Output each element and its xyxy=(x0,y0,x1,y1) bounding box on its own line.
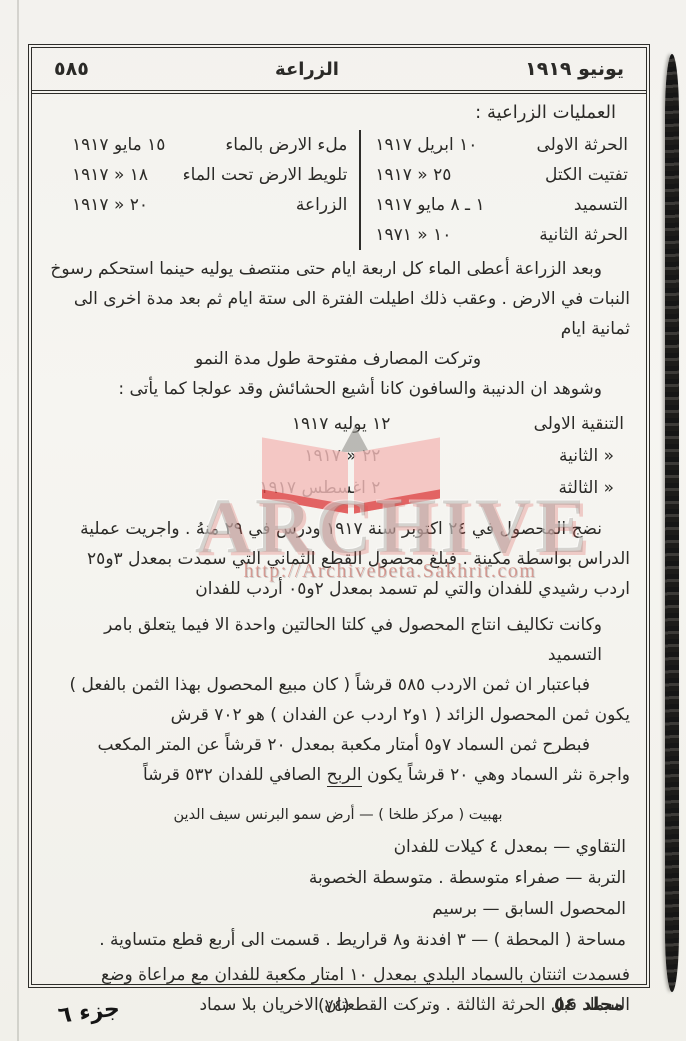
irrigation-paragraph: وبعد الزراعة أعطى الماء كل اربعة ايام حت… xyxy=(46,254,630,374)
operation-cell: تفتيت الكتل ٢٥ « ١٩١٧ xyxy=(361,160,630,190)
operation-cell: ملء الارض بالماء ١٥ مايو ١٩١٧ xyxy=(46,130,361,160)
harvest-paragraph: نضج المحصول في ٢٤ اكتوبر سنة ١٩١٧ ودرس ف… xyxy=(46,514,630,604)
paragraph-line: يكون ثمن المحصول الزائد ( ١و٢ اردب عن ال… xyxy=(46,700,630,730)
table-row: الحرثة الاولى ١٠ ابريل ١٩١٧ ملء الارض با… xyxy=(46,130,630,160)
issue-date: يونيو ١٩١٩ xyxy=(525,58,624,80)
spec-line: التقاوي — بمعدل ٤ كيلات للفدان xyxy=(46,832,630,863)
table-row: تفتيت الكتل ٢٥ « ١٩١٧ تلويط الارض تحت ال… xyxy=(46,160,630,190)
operation-cell: الحرثة الاولى ١٠ ابريل ١٩١٧ xyxy=(361,130,630,160)
weeding-label: « الثالثة xyxy=(380,473,630,503)
spec-line: مساحة ( المحطة ) — ٣ افدنة و٨ قراريط . ق… xyxy=(46,925,630,956)
operation-name: تفتيت الكتل xyxy=(545,160,628,190)
operation-name: تلويط الارض تحت الماء xyxy=(183,160,348,190)
operation-date: ١٨ « ١٩١٧ xyxy=(72,160,148,190)
operation-cell: الحرثة الثانية ١٠ « ١٩٧١ xyxy=(361,220,630,250)
paragraph-line: فبطرح ثمن السماد ٧و٥ أمتار مكعبة بمعدل ٢… xyxy=(46,730,630,760)
spec-line: المحصول السابق — برسيم xyxy=(46,894,630,925)
page-content: العمليات الزراعية : الحرثة الاولى ١٠ ابر… xyxy=(32,94,646,1020)
list-item: « الثالثة ٢ اغسطس ١٩١٧ xyxy=(46,472,630,504)
operation-date: ١٠ ابريل ١٩١٧ xyxy=(375,130,477,160)
operation-date: ١ ـ ٨ مايو ١٩١٧ xyxy=(375,190,484,220)
table-row: الحرثة الثانية ١٠ « ١٩٧١ xyxy=(46,220,630,250)
paragraph-line: وتركت المصارف مفتوحة طول مدة النمو xyxy=(46,344,630,374)
operation-cell: تلويط الارض تحت الماء ١٨ « ١٩١٧ xyxy=(46,160,361,190)
paragraph-line: اردب رشيدي للفدان والتي لم تسمد بمعدل ٢و… xyxy=(46,574,630,604)
paragraph-text: الصافي للفدان ٥٣٢ قرشاً xyxy=(143,765,327,785)
costs-paragraph: وكانت تكاليف انتاج المحصول في كلتا الحال… xyxy=(46,610,630,790)
paragraph-text: واجرة نثر السماد وهي ٢٠ قرشاً يكون xyxy=(362,765,630,785)
paragraph-line: فسمدت اثنتان بالسماد البلدي بمعدل ١٠ امت… xyxy=(46,960,630,990)
paragraph-line: النبات في الارض . وعقب ذلك اطيلت الفترة … xyxy=(46,284,630,344)
operation-cell: الزراعة ٢٠ « ١٩١٧ xyxy=(46,190,361,220)
paragraph-line: واجرة نثر السماد وهي ٢٠ قرشاً يكون الربح… xyxy=(46,760,630,790)
operations-table: الحرثة الاولى ١٠ ابريل ١٩١٧ ملء الارض با… xyxy=(46,130,630,250)
operation-cell xyxy=(46,220,361,250)
operation-date: ١٥ مايو ١٩١٧ xyxy=(72,130,165,160)
section-title: العمليات الزراعية : xyxy=(46,98,630,128)
scanned-document-page: يونيو ١٩١٩ الزراعة ٥٨٥ العمليات الزراعية… xyxy=(0,0,686,1041)
weeding-label: « الثانية xyxy=(380,441,630,471)
operation-name: التسميد xyxy=(574,190,628,220)
weeding-date: ١٢ يوليه ١٩١٧ xyxy=(180,409,390,439)
operation-name: الحرثة الثانية xyxy=(539,220,628,250)
list-item: « الثانية ٢٢ « ١٩١٧ xyxy=(46,440,630,472)
operation-date: ٢٥ « ١٩١٧ xyxy=(375,160,451,190)
weeding-list: التنقية الاولى ١٢ يوليه ١٩١٧ « الثانية ٢… xyxy=(46,408,630,504)
operation-cell: التسميد ١ ـ ٨ مايو ١٩١٧ xyxy=(361,190,630,220)
operation-name: الحرثة الاولى xyxy=(537,130,628,160)
weeding-date: ٢ اغسطس ١٩١٧ xyxy=(170,473,380,503)
operation-date: ١٠ « ١٩٧١ xyxy=(375,220,451,250)
operation-name: الزراعة xyxy=(296,190,347,220)
page-edge-line xyxy=(17,0,19,1041)
weeding-date: ٢٢ « ١٩١٧ xyxy=(170,441,380,471)
paragraph-line: نضج المحصول في ٢٤ اكتوبر سنة ١٩١٧ ودرس ف… xyxy=(46,514,630,544)
list-item: التنقية الاولى ١٢ يوليه ١٩١٧ xyxy=(46,408,630,440)
spec-line: التربة — صفراء متوسطة . متوسطة الخصوبة xyxy=(46,863,630,894)
weeds-line: وشوهد ان الدنيبة والسافون كانا أشيع الحش… xyxy=(46,374,630,404)
paragraph-line: وبعد الزراعة أعطى الماء كل اربعة ايام حت… xyxy=(46,254,630,284)
table-row: التسميد ١ ـ ٨ مايو ١٩١٧ الزراعة ٢٠ « ١٩١… xyxy=(46,190,630,220)
journal-title: الزراعة xyxy=(275,59,339,80)
book-binding-edge xyxy=(665,54,679,992)
station-specs: التقاوي — بمعدل ٤ كيلات للفدان التربة — … xyxy=(46,832,630,956)
weeding-label: التنقية الاولى xyxy=(390,409,630,439)
operation-name: ملء الارض بالماء xyxy=(225,130,347,160)
paragraph-line: وكانت تكاليف انتاج المحصول في كلتا الحال… xyxy=(46,610,630,670)
profit-underlined-word: الربح xyxy=(327,765,362,787)
paragraph-line: الدراس بواسطة مكينة . فبلغ محصول القطع ا… xyxy=(46,544,630,574)
footer-volume: مجلد ٥٤ xyxy=(554,994,624,1015)
station-location-line: بهبيت ( مركز طلخا ) — أرض سمو البرنس سيف… xyxy=(46,800,630,830)
operation-date: ٢٠ « ١٩١٧ xyxy=(72,190,148,220)
paragraph-line: فباعتبار ان ثمن الاردب ٥٨٥ قرشاً ( كان م… xyxy=(46,670,630,700)
page-number: ٥٨٥ xyxy=(54,58,89,80)
page-frame: يونيو ١٩١٩ الزراعة ٥٨٥ العمليات الزراعية… xyxy=(28,44,650,988)
footer-page-mark: (٧٤) xyxy=(318,996,350,1016)
page-header: يونيو ١٩١٩ الزراعة ٥٨٥ xyxy=(32,48,646,94)
